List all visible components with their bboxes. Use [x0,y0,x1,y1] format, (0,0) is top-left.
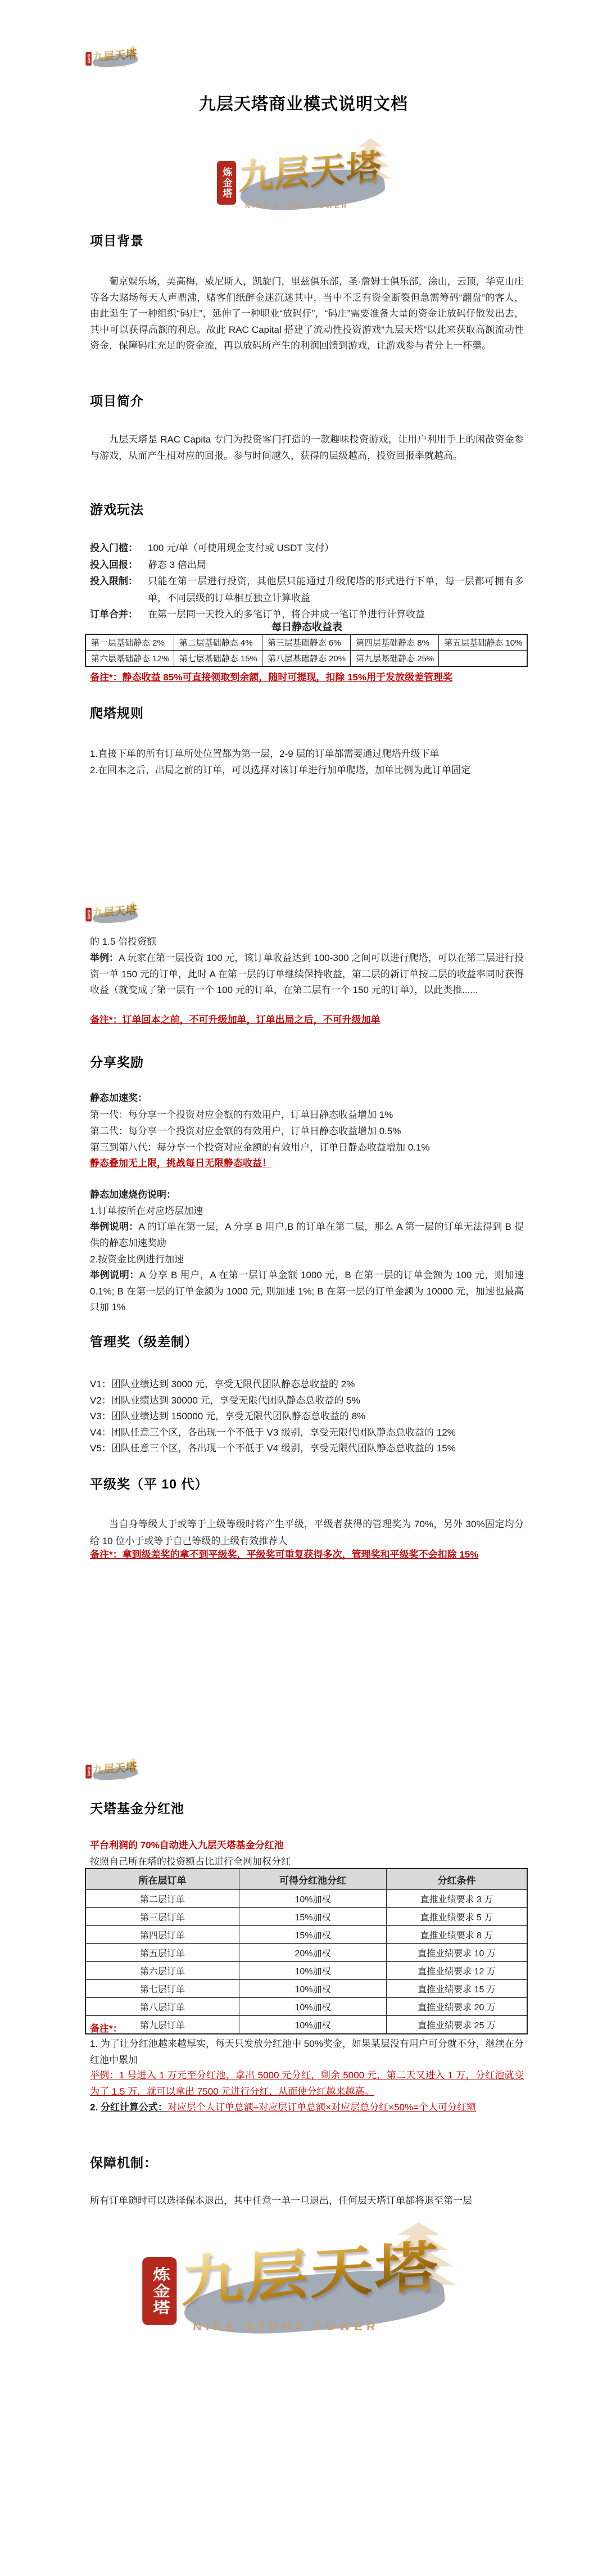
seal-stamp: 炼金塔 [85,52,92,65]
paragraph-intro: 九层天塔是 RAC Capita 专门为投资客门打造的一款趣味投资游戏，让用户利… [90,432,524,464]
manage-level-v1: V1：团队业绩达到 3000 元，享受无限代团队静态总收益的 2% [90,1377,524,1393]
table-row: 第八层订单10%加权直推业绩要求 20 万 [85,1998,527,2016]
table-cell: 第六层基础静态 12% [85,651,174,667]
example-text: A 的订单在第一层，A 分享 B 用户,B 的订单在第二层，那么 A 第一层的订… [90,1221,524,1248]
table-header-cell: 分红条件 [387,1869,528,1890]
table-cell: 10%加权 [239,1980,387,1998]
manage-level-v4: V4：团队任意三个区，各出现一个不低于 V3 级别，享受无限代团队静态总收益的 … [90,1425,524,1441]
table-cell: 直推业绩要求 10 万 [387,1944,528,1962]
table-cell: 第五层订单 [85,1944,239,1962]
table-cell: 直推业绩要求 8 万 [387,1926,528,1944]
table-cell: 第三层基础静态 6% [262,634,350,651]
logo-brand-text: 九层天塔 [181,2223,440,2316]
burn-rule-1: 1.订单按所在对应塔层加速 [90,1203,524,1220]
logo-brand-text: 九层天塔 [92,901,137,919]
table-row: 第三层订单15%加权直推业绩要求 5 万 [85,1908,527,1926]
table-row: 第二层订单10%加权直推业绩要求 3 万 [85,1890,527,1908]
paragraph-guarantee: 所有订单随时可以选择保本退出，其中任意一单一旦退出，任何层天塔订单都将退至第一层 [90,2193,524,2209]
logo-subtitle: NINE STORY TOWER [94,65,126,67]
brand-logo-large-1: 炼金塔 九层天塔 NINE STORY TOWER [209,138,400,223]
table-cell: 第一层基础静态 2% [85,634,174,651]
brand-logo-small-1: 炼金塔 九层天塔 NINE STORY TOWER [83,45,142,71]
kv-label: 投入回报： [90,557,138,574]
seal-text: 炼金塔 [87,910,91,920]
section-heading-gameplay: 游戏玩法 [90,499,144,518]
accel-gen-3to8: 第三到第八代：每分享一个投资对应金额的有效用户，订单日静态收益增加 0.1% [90,1139,524,1156]
document-page: 炼金塔 九层天塔 NINE STORY TOWER 九层天塔商业模式说明文档 炼… [0,0,607,2576]
climb-rules: 1.直接下单的所有订单所处位置都为第一层，2-9 层的订单都需要通过爬塔升级下单… [90,746,524,778]
climb-rule-1: 1.直接下单的所有订单所处位置都为第一层，2-9 层的订单都需要通过爬塔升级下单 [90,746,524,762]
kv-value: 100 元/单（可使用现金支付或 USDT 支付） [148,543,334,553]
seal-text: 炼金塔 [87,54,91,64]
logo-subtitle: NINE STORY TOWER [193,2321,379,2333]
fund-item-2: 2. 分红计算公式：对应层个人订单总额÷对应层订单总额×对应层总分红×50%=个… [90,2100,524,2116]
section-heading-intro: 项目简介 [90,391,144,409]
logo-subtitle: NINE STORY TOWER [94,921,126,923]
daily-static-table: 第一层基础静态 2% 第二层基础静态 4% 第三层基础静态 6% 第四层基础静态… [85,634,528,667]
note-peer: 备注*：拿到级差奖的拿不到平级奖，平级奖可重复获得多次，管理奖和平级奖不会扣除 … [90,1547,524,1563]
section-heading-peer: 平级奖（平 10 代） [90,1474,208,1492]
table-cell: 第七层基础静态 15% [174,651,262,667]
kv-value: 静态 3 倍出局 [148,560,206,570]
logo-brand-text: 九层天塔 [238,139,382,199]
example-label: 举例说明： [90,1270,139,1280]
page-title: 九层天塔商业模式说明文档 [0,90,607,115]
section-heading-background: 项目背景 [90,231,144,249]
burn-rule-2: 2.按资金比例进行加速 [90,1252,524,1268]
logo-brand-text: 九层天塔 [92,1758,137,1776]
table-cell: 第六层订单 [85,1962,239,1980]
table-row: 第四层订单15%加权直推业绩要求 8 万 [85,1926,527,1944]
item-number: 2. [90,2102,101,2113]
table-cell: 15%加权 [239,1926,387,1944]
seal-stamp: 炼金塔 [217,161,236,205]
seal-text: 炼金塔 [147,2266,172,2316]
seal-text: 炼金塔 [220,167,234,199]
gameplay-kv-list: 投入门槛：100 元/单（可使用现金支付或 USDT 支付） 投入回报：静态 3… [90,540,524,623]
accel-gen-1: 第一代：每分享一个投资对应金额的有效用户，订单日静态收益增加 1% [90,1107,524,1123]
note-climb: 备注*：订单回本之前，不可升级加单，订单出局之后，不可升级加单 [90,1012,524,1028]
section-heading-share: 分享奖励 [90,1052,144,1071]
kv-entry-return: 投入回报：静态 3 倍出局 [90,557,524,574]
table-row: 第一层基础静态 2% 第二层基础静态 4% 第三层基础静态 6% 第四层基础静态… [85,634,527,651]
table-row: 第七层订单10%加权直推业绩要求 15 万 [85,1980,527,1998]
manage-level-v2: V2：团队业绩达到 30000 元，享受无限代团队静态总收益的 5% [90,1393,524,1409]
burn-example-2: 举例说明：A 分享 B 用户，A 在第一层订单金额 1000 元，B 在第一层的… [90,1267,524,1316]
fund-note-label: 备注*： [90,2021,524,2037]
seal-stamp: 炼金塔 [85,1765,92,1778]
logo-brand-text: 九层天塔 [92,45,137,64]
table-cell: 直推业绩要求 12 万 [387,1962,528,1980]
burn-example-1: 举例说明：A 的订单在第一层，A 分享 B 用户,B 的订单在第二层，那么 A … [90,1219,524,1251]
table-cell: 第三层订单 [85,1908,239,1926]
seal-text: 炼金塔 [87,1767,91,1777]
table-cell: 第四层基础静态 8% [351,634,439,651]
daily-static-table-title: 每日静态收益表 [90,619,524,634]
accel-lines: 第一代：每分享一个投资对应金额的有效用户，订单日静态收益增加 1% 第二代：每分… [90,1107,524,1156]
accel-gen-2: 第二代：每分享一个投资对应金额的有效用户，订单日静态收益增加 0.5% [90,1123,524,1139]
example-text: A 玩家在第一层投资 100 元，该订单收益达到 100-300 之间可以进行爬… [90,953,524,995]
fund-item-1-example: 举例：1 号进入 1 万元至分红池，拿出 5000 元分红，剩余 5000 元，… [90,2068,524,2100]
formula-text: 对应层个人订单总额÷对应层订单总额×对应层总分红×50%=个人可分红额 [167,2102,476,2113]
table-header-row: 所在层订单 可得分红池分红 分红条件 [85,1869,527,1890]
fund-item-1: 1. 为了让分红池越来越厚实，每天只发放分红池中 50%奖金，如果某层没有用户可… [90,2036,524,2068]
kv-entry-limit: 投入限制：只能在第一层进行投资，其他层只能通过升级爬塔的形式进行下单，每一层都可… [90,573,524,606]
manage-level-v3: V3：团队业绩达到 150000 元，享受无限代团队静态总收益的 8% [90,1409,524,1425]
table-cell: 直推业绩要求 20 万 [387,1998,528,2016]
logo-subtitle: NINE STORY TOWER [94,1778,126,1780]
note-accel: 静态叠加无上限，挑战每日无限静态收益！ [90,1156,524,1172]
kv-label: 投入限制： [90,573,138,590]
climb-example: 举例：A 玩家在第一层投资 100 元，该订单收益达到 100-300 之间可以… [90,950,524,999]
table-cell: 第五层基础静态 10% [439,634,527,651]
manage-levels: V1：团队业绩达到 3000 元，享受无限代团队静态总收益的 2% V2：团队业… [90,1377,524,1457]
kv-value: 只能在第一层进行投资，其他层只能通过升级爬塔的形式进行下单，每一层都可拥有多单，… [148,576,524,603]
table-cell: 10%加权 [239,1890,387,1908]
climb-rule-2: 2.在回本之后，出局之前的订单，可以选择对该订单进行加单爬塔，加单比例为此订单固… [90,762,524,778]
table-cell: 直推业绩要求 5 万 [387,1908,528,1926]
table-cell: 第七层订单 [85,1980,239,1998]
table-cell: 第八层基础静态 20% [262,651,350,667]
climb-carry-line: 的 1.5 倍投资额 [90,934,524,950]
formula-label: 分红计算公式： [101,2102,167,2113]
kv-value: 在第一层同一天投入的多笔订单，将合并成一笔订单进行计算收益 [148,609,425,620]
table-cell: 直推业绩要求 3 万 [387,1890,528,1908]
table-row: 第六层订单10%加权直推业绩要求 12 万 [85,1962,527,1980]
brand-logo-small-2: 炼金塔 九层天塔 NINE STORY TOWER [83,901,142,927]
manage-level-v5: V5：团队任意三个区，各出现一个不低于 V4 级别，享受无限代团队静态总收益的 … [90,1441,524,1457]
table-header-cell: 所在层订单 [85,1869,239,1890]
example-text: A 分享 B 用户，A 在第一层订单金额 1000 元，B 在第一层的订单金额为… [90,1270,524,1312]
table-cell: 10%加权 [239,1998,387,2016]
seal-stamp: 炼金塔 [142,2257,176,2325]
kv-entry-threshold: 投入门槛：100 元/单（可使用现金支付或 USDT 支付） [90,540,524,557]
table-cell: 第二层订单 [85,1890,239,1908]
table-cell: 第四层订单 [85,1926,239,1944]
fund-table: 所在层订单 可得分红池分红 分红条件 第二层订单10%加权直推业绩要求 3 万 … [85,1868,528,2034]
paragraph-peer: 当自身等级大于或等于上级等级时将产生平级，平级者获得的管理奖为 70%，另外 3… [90,1516,524,1550]
table-row: 第五层订单20%加权直推业绩要求 10 万 [85,1944,527,1962]
accel-title: 静态加速奖： [90,1090,524,1107]
fund-red-line: 平台利润的 70%自动进入九层天塔基金分红池 [90,1838,524,1854]
section-heading-manage: 管理奖（级差制） [90,1332,198,1350]
table-cell: 第九层基础静态 25% [351,651,439,667]
seal-stamp: 炼金塔 [85,908,92,921]
section-heading-guarantee: 保障机制： [90,2153,157,2171]
example-label: 举例说明： [90,1221,138,1232]
table-cell: 第八层订单 [85,1998,239,2016]
table-cell: 直推业绩要求 15 万 [387,1980,528,1998]
table-cell: 第二层基础静态 4% [174,634,262,651]
logo-subtitle: NINE STORY TOWER [245,202,348,210]
table-cell: 15%加权 [239,1908,387,1926]
brand-logo-large-2: 炼金塔 九层天塔 NINE STORY TOWER [128,2222,472,2353]
table-row: 第六层基础静态 12% 第七层基础静态 15% 第八层基础静态 20% 第九层基… [85,651,527,667]
note-static-income: 备注*：静态收益 85%可直接领取到余额，随时可提现，扣除 15%用于发放级差管… [90,670,524,686]
table-header-cell: 可得分红池分红 [239,1869,387,1890]
example-label: 举例： [90,953,119,963]
brand-logo-small-3: 炼金塔 九层天塔 NINE STORY TOWER [83,1758,142,1784]
burn-title: 静态加速烧伤说明： [90,1187,524,1203]
table-cell [439,651,527,667]
paragraph-background: 葡京娱乐场，美高梅，威尼斯人，凯旋门，里兹俱乐部，圣·詹姆士俱乐部，涂山，云顶，… [90,274,524,354]
section-heading-climb: 爬塔规则 [90,703,144,721]
section-heading-fund: 天塔基金分红池 [90,1798,184,1817]
table-cell: 20%加权 [239,1944,387,1962]
kv-label: 投入门槛： [90,540,138,557]
table-cell: 10%加权 [239,1962,387,1980]
